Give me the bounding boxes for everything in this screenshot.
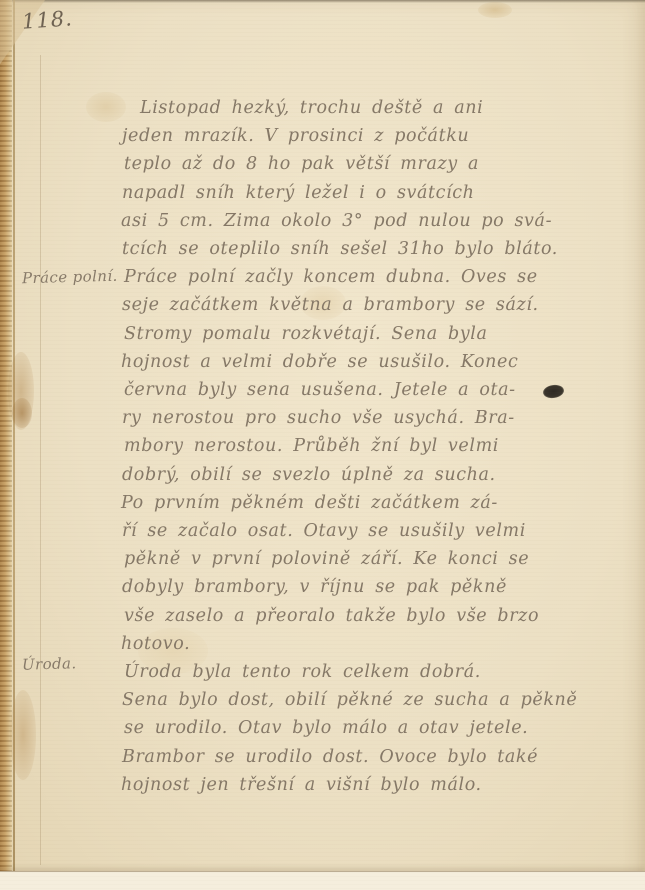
handwritten-line: Brambor se urodilo dost. Ovoce bylo také — [122, 743, 627, 771]
handwritten-line: se urodilo. Otav bylo málo a otav jetele… — [124, 714, 629, 742]
handwritten-line: pěkně v první polovině září. Ke konci se — [124, 545, 629, 573]
handwritten-line: ří se začalo osat. Otavy se usušily velm… — [122, 517, 627, 545]
handwritten-line: Sena bylo dost, obilí pěkné ze sucha a p… — [122, 686, 627, 714]
handwritten-line: hotovo. — [121, 630, 626, 658]
bottom-page-edge — [0, 871, 645, 890]
handwritten-line: vše zaselo a přeoralo takže bylo vše brz… — [124, 602, 629, 630]
scan-top-edge — [0, 0, 645, 3]
handwritten-line: dobrý, obilí se svezlo úplně za sucha. — [122, 461, 627, 489]
stain — [12, 398, 32, 428]
handwritten-line: mbory nerostou. Průběh žní byl velmi — [124, 432, 629, 460]
handwritten-line: Listopad hezký, trochu deště a ani — [124, 94, 629, 122]
handwritten-line: Úroda byla tento rok celkem dobrá. — [124, 658, 629, 686]
margin-note-prace-polni: Práce polní. — [22, 267, 118, 287]
handwritten-line: napadl sníh který ležel i o svátcích — [122, 179, 627, 207]
handwritten-line: tcích se oteplilo sníh sešel 31ho bylo b… — [122, 235, 627, 263]
handwritten-line: hojnost a velmi dobře se usušilo. Konec — [121, 348, 626, 376]
page-number: 118. — [21, 6, 73, 33]
stain — [478, 2, 512, 18]
handwritten-line: teplo až do 8 ho pak větší mrazy a — [124, 150, 629, 178]
handwritten-line: Stromy pomalu rozkvétají. Sena byla — [124, 320, 629, 348]
page-edge-line — [13, 0, 15, 890]
handwritten-line: asi 5 cm. Zima okolo 3° pod nulou po svá… — [121, 207, 626, 235]
margin-note-uroda: Úroda. — [22, 654, 77, 673]
handwritten-line: ry nerostou pro sucho vše usychá. Bra- — [122, 404, 627, 432]
handwritten-line: hojnost jen třešní a višní bylo málo. — [121, 771, 626, 799]
handwritten-line: dobyly brambory, v říjnu se pak pěkně — [122, 573, 627, 601]
body-text: Listopad hezký, trochu deště a anijeden … — [122, 94, 627, 799]
handwritten-line: Práce polní začly koncem dubna. Oves se — [124, 263, 629, 291]
handwritten-line: jeden mrazík. V prosinci z počátku — [122, 122, 627, 150]
scan-page: 118. Práce polní. Úroda. Listopad hezký,… — [0, 0, 645, 890]
handwritten-line: Po prvním pěkném dešti začátkem zá- — [121, 489, 626, 517]
margin-rule-line — [40, 55, 41, 865]
stain — [86, 92, 126, 122]
book-spine-edge — [0, 0, 12, 890]
handwritten-line: seje začátkem května a brambory se sází. — [122, 291, 627, 319]
